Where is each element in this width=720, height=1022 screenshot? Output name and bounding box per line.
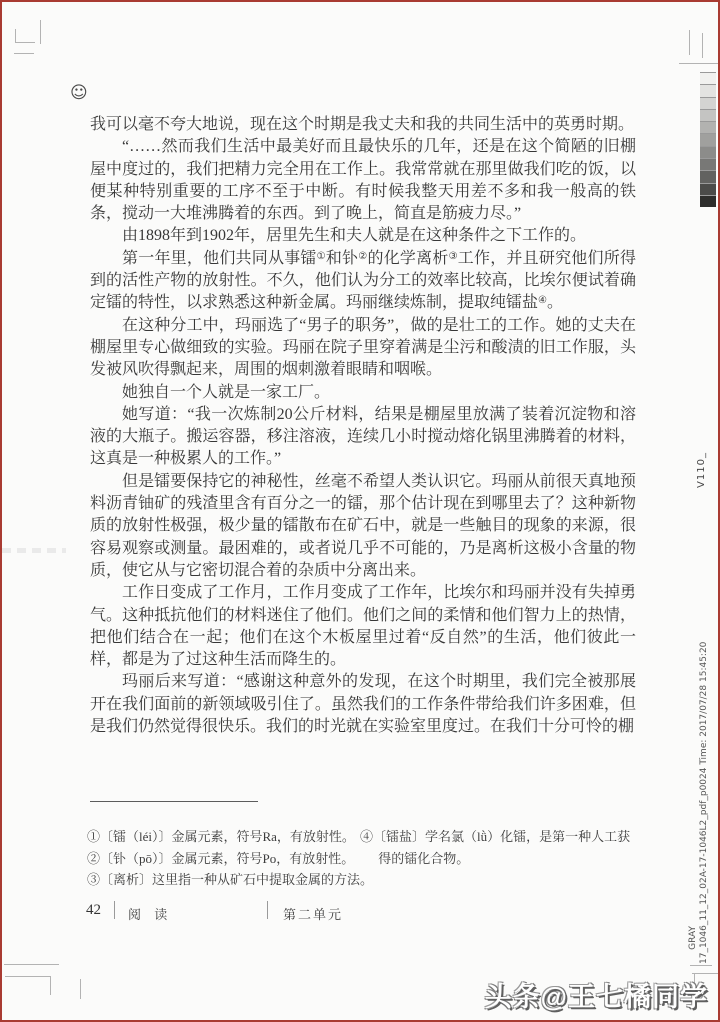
paragraph: 我可以毫不夸大地说，现在这个时期是我丈夫和我的共同生活中的英勇时期。 bbox=[90, 114, 636, 136]
footnote: ④〔镭盐〕学名氯（lǜ）化镭，是第一种人工获得的镭化合物。 bbox=[360, 826, 638, 869]
paragraph: 由1898年到1902年，居里先生和夫人就是在这种条件之下工作的。 bbox=[90, 225, 636, 247]
footer-unit-label: 第二单元 bbox=[283, 904, 343, 923]
footnote: ②〔钋（pō）〕金属元素，符号Po，有放射性。 bbox=[87, 848, 387, 870]
crop-mark bbox=[689, 30, 690, 55]
crop-mark bbox=[50, 976, 51, 995]
smiley-icon: ☺ bbox=[70, 83, 88, 103]
paragraph: “……然而我们生活中最美好而且最快乐的几年，还是在这个简陋的旧棚屋中度过的，我们… bbox=[90, 136, 636, 225]
proof-version-code: V110_ bbox=[696, 452, 707, 488]
proof-gray-label: GRAY bbox=[688, 926, 698, 950]
paragraph: 她写道：“我一次炼制20公斤材料，结果是棚屋里放满了装着沉淀物和溶液的大瓶子。搬… bbox=[90, 404, 636, 471]
grayscale-cell bbox=[700, 158, 716, 170]
crop-mark bbox=[5, 976, 51, 977]
paragraph: 玛丽后来写道：“感谢这种意外的发现，在这个时期里，我们完全被那展开在我们面前的新… bbox=[90, 671, 636, 738]
paragraph: 她独自一个人就是一家工厂。 bbox=[90, 382, 636, 404]
crop-mark bbox=[40, 20, 41, 44]
grayscale-strip bbox=[700, 72, 716, 207]
footnote-column-right: ④〔镭盐〕学名氯（lǜ）化镭，是第一种人工获得的镭化合物。 bbox=[360, 826, 638, 869]
grayscale-cell bbox=[700, 170, 716, 182]
grayscale-cell bbox=[700, 109, 716, 121]
crop-mark bbox=[80, 979, 81, 999]
grayscale-cell bbox=[700, 121, 716, 133]
crop-mark bbox=[679, 63, 720, 64]
grayscale-cell bbox=[700, 183, 716, 195]
footnote-column-left: ①〔镭（léi）〕金属元素，符号Ra，有放射性。 ②〔钋（pō）〕金属元素，符号… bbox=[87, 826, 387, 891]
proof-file-info: 17_1046_11_12_02A-17-1046L2_pdf_p0024 Ti… bbox=[699, 632, 709, 964]
grayscale-cell bbox=[700, 84, 716, 96]
grayscale-cell bbox=[700, 195, 716, 207]
grayscale-cell bbox=[700, 146, 716, 158]
paragraph: 在这种分工中，玛丽选了“男子的职务”，做的是壮工的工作。她的丈夫在棚屋里专心做细… bbox=[90, 315, 636, 382]
scanned-textbook-page: ☺ 我可以毫不夸大地说，现在这个时期是我丈夫和我的共同生活中的英勇时期。 “……… bbox=[0, 0, 720, 1022]
crop-mark bbox=[702, 33, 703, 58]
article-body: 我可以毫不夸大地说，现在这个时期是我丈夫和我的共同生活中的英勇时期。 “……然而… bbox=[90, 114, 636, 738]
footer-divider bbox=[114, 901, 115, 919]
grayscale-cell bbox=[700, 72, 716, 84]
footnote: ①〔镭（léi）〕金属元素，符号Ra，有放射性。 bbox=[87, 826, 387, 848]
footnote: ③〔离析〕这里指一种从矿石中提取金属的方法。 bbox=[87, 869, 387, 891]
crop-mark bbox=[4, 964, 59, 965]
crop-mark bbox=[692, 973, 720, 974]
footnote-divider bbox=[90, 801, 258, 802]
crop-mark bbox=[15, 42, 35, 43]
footer-divider bbox=[267, 901, 268, 919]
paragraph: 第一年里，他们共同从事镭①和钋②的化学离析③工作，并且研究他们所得到的活性产物的… bbox=[90, 248, 636, 315]
grayscale-cell bbox=[700, 97, 716, 109]
paragraph: 但是镭要保持它的神秘性，丝毫不希望人类认识它。玛丽从前很天真地预料沥青铀矿的残渣… bbox=[90, 471, 636, 582]
footer-section-label: 阅 读 bbox=[128, 904, 172, 923]
page-number: 42 bbox=[86, 902, 101, 919]
crop-mark bbox=[690, 965, 712, 966]
paragraph: 工作日变成了工作月，工作月变成了工作年，比埃尔和玛丽并没有失掉勇气。这种抵抗他们… bbox=[90, 582, 636, 671]
scan-artifact bbox=[2, 548, 66, 553]
crop-mark bbox=[15, 29, 16, 43]
watermark: 头条@王七橘同学 bbox=[485, 975, 708, 1014]
grayscale-cell bbox=[700, 133, 716, 145]
crop-mark bbox=[14, 53, 34, 54]
